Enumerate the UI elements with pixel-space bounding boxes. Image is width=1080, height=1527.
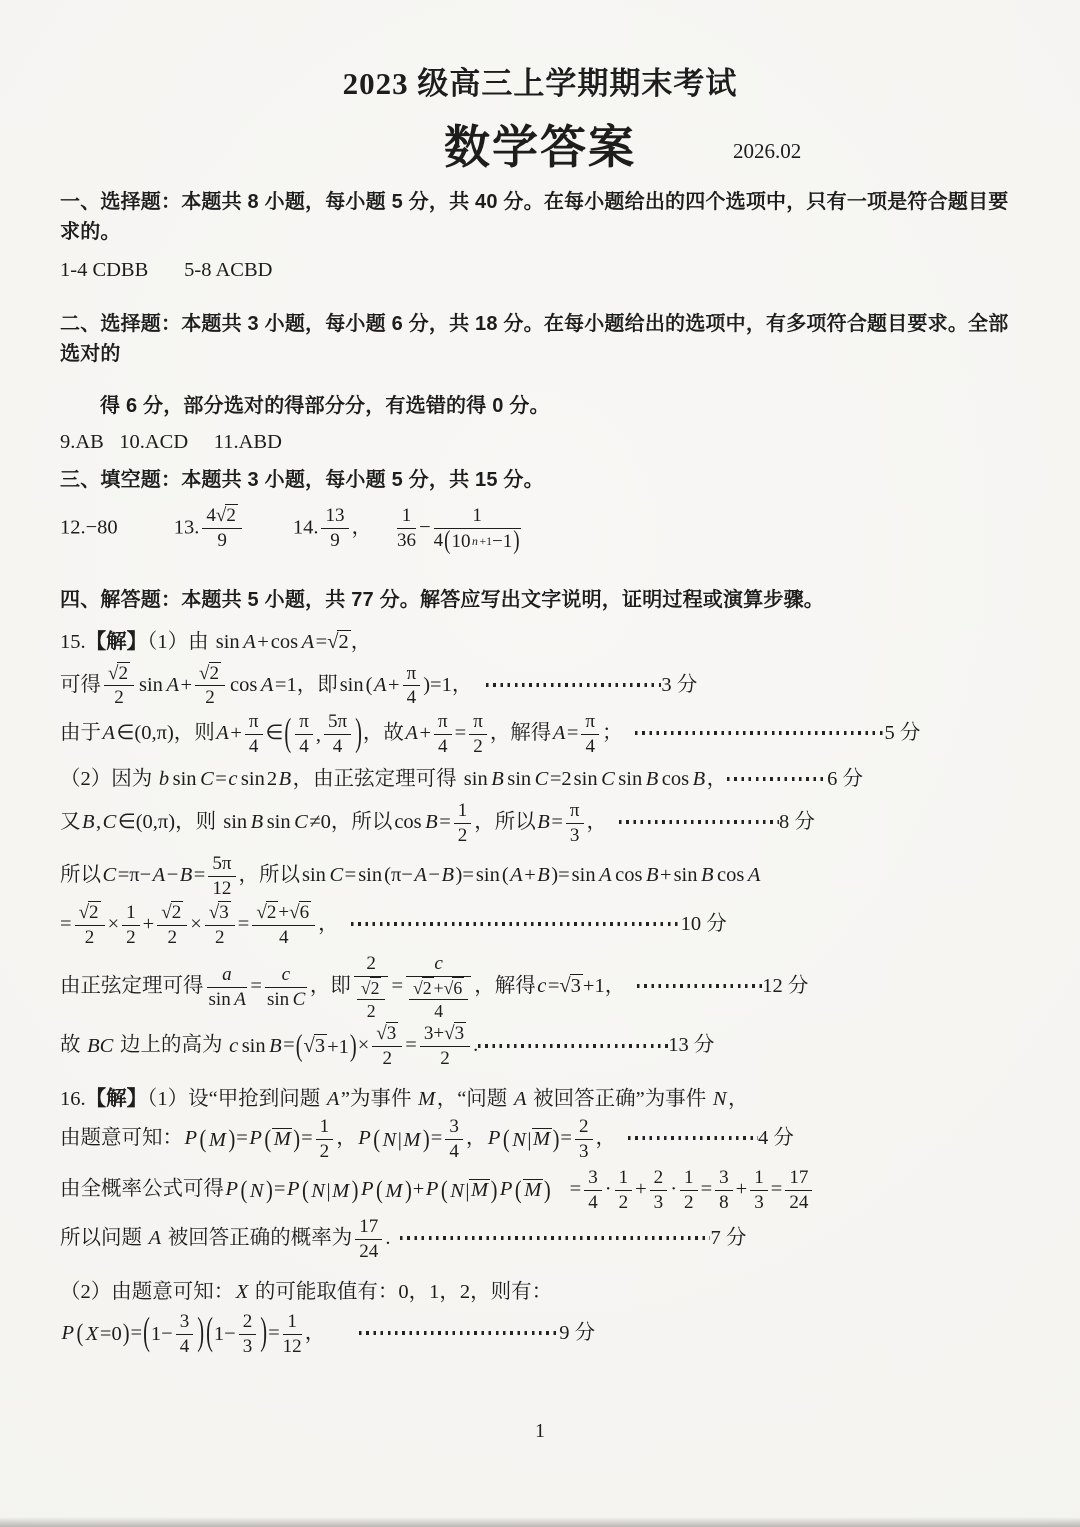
- q16-step1: 由题意可知：P(M)=P(M)=12，P(N|M)=34，P(N|M)=23，4…: [60, 1116, 1024, 1163]
- q16-intro: 16.【解】（1）设“甲抢到问题 A”为事件 M，“问题 A 被回答正确”为事件…: [60, 1084, 1024, 1114]
- sec3-answers: 12.−8013.4√2914.139，136−14(10n+1−1): [60, 505, 1024, 553]
- exam-title: 2023 级高三上学期期末考试: [0, 58, 1080, 103]
- page-number: 1: [0, 1420, 1080, 1443]
- q16-step4: （2）由题意可知：X 的可能取值有：0，1，2，则有：: [60, 1277, 1024, 1307]
- q15-step3: 由于A∈(0,π)，则A+π4∈(π4,5π4)，故A+π4=π2，解得A=π4…: [60, 711, 1024, 758]
- document-body: 一、选择题：本题共 8 小题，每小题 5 分，共 40 分。在每小题给出的四个选…: [0, 173, 1080, 1358]
- q15-step5: 又B,C∈(0,π)，则 sinBsinC≠0，所以cosB=12，所以B=π3…: [60, 800, 1024, 847]
- q15-step2: 可得√22sinA+√22cosA=1，即sin(A+π4)=1，3 分: [60, 663, 1024, 710]
- sec1-answers: 1-4 CDBB 5-8 ACBD: [60, 255, 1024, 285]
- answer-sheet-page: 2023 级高三上学期期末考试 数学答案 2026.02 一、选择题：本题共 8…: [0, 0, 1080, 1527]
- q16-step3: 所以问题 A 被回答正确的概率为1724.7 分: [60, 1216, 1024, 1263]
- exam-date: 2026.02: [733, 139, 801, 164]
- q15-step7: =√22×12+√22×√32=√2+√64，10 分: [60, 902, 1024, 949]
- subject-title-row: 数学答案 2026.02: [0, 111, 1080, 173]
- sec3-heading: 三、填空题：本题共 3 小题，每小题 5 分，共 15 分。: [60, 465, 1024, 495]
- q16-step5: P(X=0)=(1−34)(1−23)=112，9 分: [60, 1311, 1024, 1358]
- q16-step2: 由全概率公式可得P(N)=P(N|M)P(M)+P(N|M)P(M)=34·12…: [60, 1167, 1024, 1214]
- sec4-heading: 四、解答题：本题共 5 小题，共 77 分。解答应写出文字说明，证明过程或演算步…: [60, 585, 1024, 615]
- q15-step9: 故 BC 边上的高为 csinB=(√3+1)×√32=3+√32.13 分: [60, 1023, 1024, 1070]
- sec2-answers: 9.AB 10.ACD 11.ABD: [60, 427, 1024, 457]
- sec2-heading: 二、选择题：本题共 3 小题，每小题 6 分，共 18 分。在每小题给出的选项中…: [60, 309, 1024, 369]
- q15-step4: （2）因为 bsinC=csin2B，由正弦定理可得 sinBsinC=2sin…: [60, 764, 1024, 794]
- scan-edge: [0, 1517, 1080, 1527]
- sec2-heading-cont: 得 6 分，部分选对的得部分分，有选错的得 0 分。: [60, 391, 1024, 421]
- q15-step6: 所以C=π−A−B=5π12，所以sinC=sin(π−A−B)=sin(A+B…: [60, 853, 1024, 900]
- sec1-heading: 一、选择题：本题共 8 小题，每小题 5 分，共 40 分。在每小题给出的四个选…: [60, 187, 1024, 247]
- page-header: 2023 级高三上学期期末考试 数学答案 2026.02: [0, 0, 1080, 173]
- q15-step8: 由正弦定理可得asinA=csinC，即2√22=c√2+√64，解得c=√3+…: [60, 953, 1024, 1022]
- q15-step1: 15.【解】（1）由 sinA+cosA=√2，: [60, 627, 1024, 657]
- subject-title: 数学答案: [0, 111, 1080, 177]
